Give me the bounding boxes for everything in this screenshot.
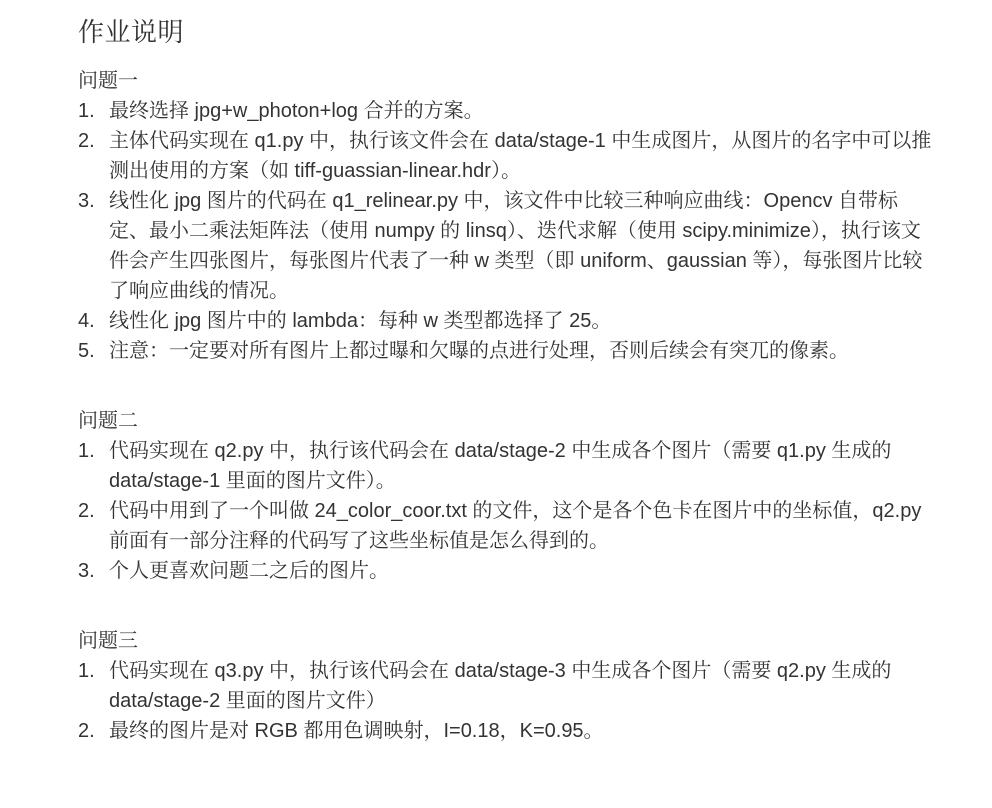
list-item-text: 注意：一定要对所有图片上都过曝和欠曝的点进行处理，否则后续会有突兀的像素。 [109,336,934,366]
list-item-number: 2. [78,716,109,746]
section-heading: 问题一 [78,66,934,96]
section-question-3: 问题三 1. 代码实现在 q3.py 中，执行该代码会在 data/stage-… [78,626,934,746]
ordered-list: 1. 代码实现在 q3.py 中，执行该代码会在 data/stage-3 中生… [78,656,934,746]
list-item-text: 最终的图片是对 RGB 都用色调映射，I=0.18，K=0.95。 [109,716,934,746]
list-item-number: 2. [78,496,109,526]
list-item-text: 代码实现在 q2.py 中，执行该代码会在 data/stage-2 中生成各个… [109,436,934,496]
list-item: 2. 主体代码实现在 q1.py 中，执行该文件会在 data/stage-1 … [78,126,934,186]
list-item-number: 3. [78,186,109,216]
page-title: 作业说明 [78,14,934,50]
section-question-2: 问题二 1. 代码实现在 q2.py 中，执行该代码会在 data/stage-… [78,406,934,586]
list-item-text: 代码中用到了一个叫做 24_color_coor.txt 的文件，这个是各个色卡… [109,496,934,556]
list-item-number: 4. [78,306,109,336]
list-item: 3. 个人更喜欢问题二之后的图片。 [78,556,934,586]
list-item: 2. 代码中用到了一个叫做 24_color_coor.txt 的文件，这个是各… [78,496,934,556]
section-question-1: 问题一 1. 最终选择 jpg+w_photon+log 合并的方案。 2. 主… [78,66,934,366]
list-item-number: 1. [78,436,109,466]
list-item: 5. 注意：一定要对所有图片上都过曝和欠曝的点进行处理，否则后续会有突兀的像素。 [78,336,934,366]
list-item-text: 主体代码实现在 q1.py 中，执行该文件会在 data/stage-1 中生成… [109,126,934,186]
list-item-number: 3. [78,556,109,586]
list-item: 3. 线性化 jpg 图片的代码在 q1_relinear.py 中，该文件中比… [78,186,934,306]
list-item: 1. 最终选择 jpg+w_photon+log 合并的方案。 [78,96,934,126]
list-item-number: 1. [78,96,109,126]
list-item: 1. 代码实现在 q2.py 中，执行该代码会在 data/stage-2 中生… [78,436,934,496]
list-item-text: 代码实现在 q3.py 中，执行该代码会在 data/stage-3 中生成各个… [109,656,934,716]
list-item-text: 线性化 jpg 图片的代码在 q1_relinear.py 中，该文件中比较三种… [109,186,934,306]
list-item-number: 5. [78,336,109,366]
list-item: 1. 代码实现在 q3.py 中，执行该代码会在 data/stage-3 中生… [78,656,934,716]
ordered-list: 1. 代码实现在 q2.py 中，执行该代码会在 data/stage-2 中生… [78,436,934,586]
section-heading: 问题三 [78,626,934,656]
list-item-number: 1. [78,656,109,686]
list-item-text: 最终选择 jpg+w_photon+log 合并的方案。 [109,96,934,126]
list-item-text: 线性化 jpg 图片中的 lambda：每种 w 类型都选择了 25。 [109,306,934,336]
list-item: 2. 最终的图片是对 RGB 都用色调映射，I=0.18，K=0.95。 [78,716,934,746]
list-item-number: 2. [78,126,109,156]
document-page: 作业说明 问题一 1. 最终选择 jpg+w_photon+log 合并的方案。… [0,0,992,808]
list-item-text: 个人更喜欢问题二之后的图片。 [109,556,934,586]
ordered-list: 1. 最终选择 jpg+w_photon+log 合并的方案。 2. 主体代码实… [78,96,934,366]
list-item: 4. 线性化 jpg 图片中的 lambda：每种 w 类型都选择了 25。 [78,306,934,336]
section-heading: 问题二 [78,406,934,436]
